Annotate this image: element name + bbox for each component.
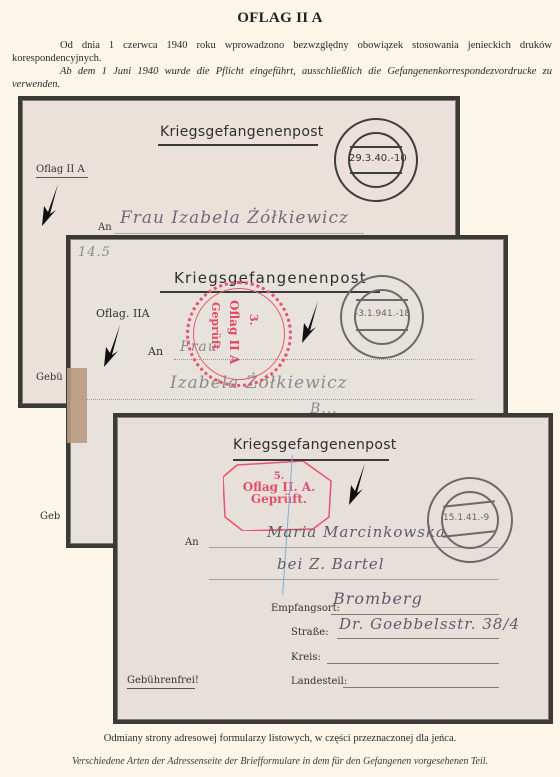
footer-label: Geb [40,511,60,522]
intro-paragraph-german: Ab dem 1 Juni 1940 wurde die Pflicht ein… [12,65,552,91]
field-label-strasse: Straße: [291,627,329,638]
pencil-note: 14.5 [78,245,111,260]
field-label-empfangsort: Empfangsort: [271,603,340,614]
field-line [327,663,499,664]
footer-underline [127,688,195,689]
field-line [343,687,499,688]
card-heading: Kriegsgefangenenpost [174,269,367,287]
postmark-stamp: 15.1.41.-9 [427,477,513,563]
tape-strip [67,368,87,443]
address-line [209,579,499,580]
address-line [80,399,474,400]
intro-paragraph-polish: Od dnia 1 czerwca 1940 roku wprowadzono … [12,39,552,65]
field-value-empfangsort: Bromberg [333,589,423,608]
page-title: OFLAG II A [0,10,560,27]
field-label-landesteil: Landesteil: [291,676,347,687]
an-label: An [185,537,199,548]
censor-stamp-octagon: 5. Oflag II. A. Geprüft. [223,461,335,529]
footer-label-gebuehrenfrei: Gebührenfrei! [127,675,199,686]
card-heading: Kriegsgefangenenpost [160,124,324,140]
field-value-strasse: Dr. Goebbelsstr. 38/4 [339,615,520,633]
postmark-stamp: 29.3.40.-10 [334,118,418,202]
caption-german: Verschiedene Arten der Adressenseite der… [0,756,560,767]
card-heading: Kriegsgefangenenpost [233,437,397,453]
address-line [114,233,364,234]
handwritten-address-line: Maria Marcinkowska [267,523,446,541]
footer-label: Gebü [36,372,63,383]
handwritten-address-line: Frau Izabela Żółkiewicz [120,208,349,228]
an-label: An [148,345,163,358]
censor-stamp-round: 3. Oflag II A Geprüft [186,281,292,387]
sender-label: Oflag II A [36,164,85,175]
postcard-3: Kriegsgefangenenpost 5. Oflag II. A. Gep… [113,413,553,724]
caption-polish: Odmiany strony adresowej formularzy list… [0,733,560,744]
sender-label: Oflag. IIA [96,307,150,320]
heading-underline [158,144,318,146]
field-line [337,638,499,639]
an-label: An [98,222,112,233]
handwritten-address-line: bei Z. Bartel [277,555,385,573]
postmark-stamp: -3.1.941.-18 [340,275,424,359]
sender-underline [36,177,88,178]
field-label-kreis: Kreis: [291,652,321,663]
